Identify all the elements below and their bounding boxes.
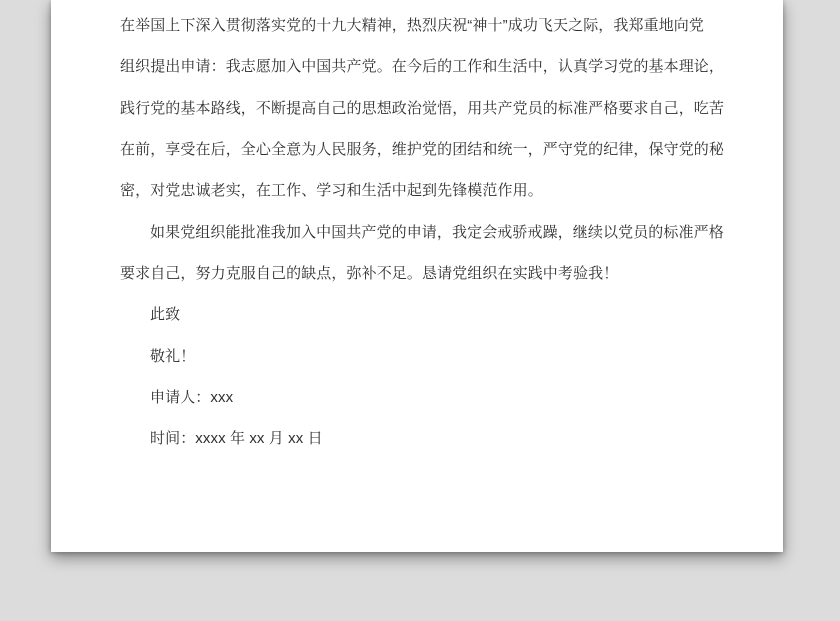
document-line: 要求自己，努力克服自己的缺点，弥补不足。恳请党组织在实践中考验我！ [120, 253, 720, 294]
document-line: 此致 [120, 294, 720, 335]
document-text-block: 在举国上下深入贯彻落实党的十九大精神，热烈庆祝“神十”成功飞天之际，我郑重地向党… [120, 5, 720, 460]
document-line: 密，对党忠诚老实，在工作、学习和生活中起到先锋模范作用。 [120, 170, 720, 211]
document-line: 时间：xxxx 年 xx 月 xx 日 [120, 418, 720, 459]
document-page: 在举国上下深入贯彻落实党的十九大精神，热烈庆祝“神十”成功飞天之际，我郑重地向党… [51, 0, 783, 552]
document-canvas: 在举国上下深入贯彻落实党的十九大精神，热烈庆祝“神十”成功飞天之际，我郑重地向党… [0, 0, 840, 621]
document-line: 在举国上下深入贯彻落实党的十九大精神，热烈庆祝“神十”成功飞天之际，我郑重地向党 [120, 5, 720, 46]
document-line: 践行党的基本路线，不断提高自己的思想政治觉悟，用共产党员的标准严格要求自己，吃苦 [120, 88, 720, 129]
document-line: 在前，享受在后，全心全意为人民服务，维护党的团结和统一，严守党的纪律，保守党的秘 [120, 129, 720, 170]
document-line: 组织提出申请：我志愿加入中国共产党。在今后的工作和生活中，认真学习党的基本理论， [120, 46, 720, 87]
document-line: 如果党组织能批准我加入中国共产党的申请，我定会戒骄戒躁，继续以党员的标准严格 [120, 212, 720, 253]
document-line: 敬礼！ [120, 336, 720, 377]
document-line: 申请人：xxx [120, 377, 720, 418]
